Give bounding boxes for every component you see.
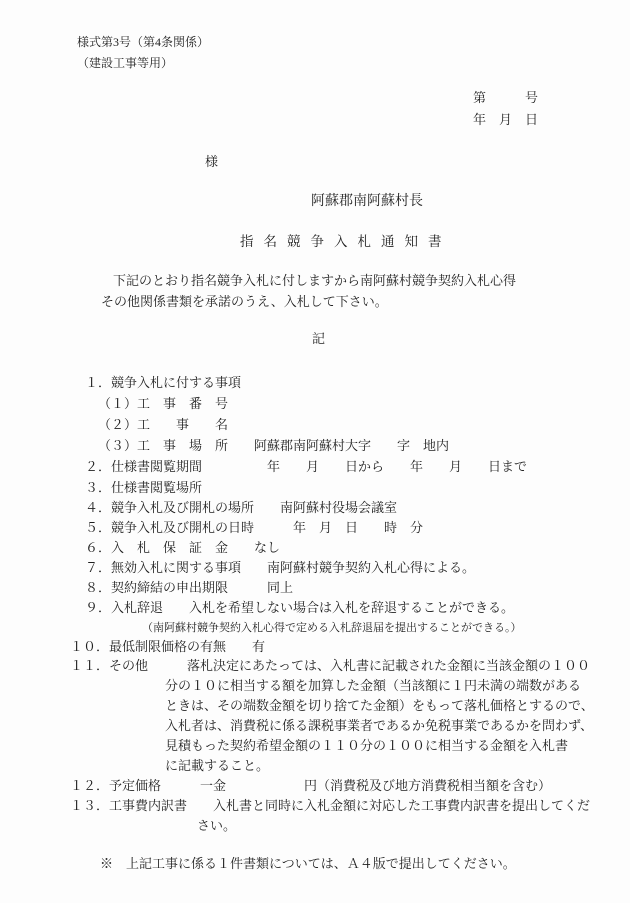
document-number-blank: 第 号 <box>473 91 538 106</box>
document-title: 指名競争入札通知書 <box>240 234 452 250</box>
item-1-bid-matters: １．競争入札に付する事項 <box>85 376 241 391</box>
item-5-bid-opening-datetime: ５．競争入札及び開札の日時 年 月 日 時 分 <box>85 521 423 536</box>
item-12-planned-price: １２．予定価格 一金 円（消費税及び地方消費税相当額を含む） <box>70 779 551 794</box>
item-11-other-line6: に記載すること。 <box>165 759 269 774</box>
item-11-other-line3: ときは、その端数金額を切り捨てた金額）をもって落札価格とするので、 <box>165 699 594 714</box>
item-1-3-work-location: （３）工 事 場 所 阿蘇郡南阿蘇村大字 字 地内 <box>98 439 449 454</box>
item-3-spec-viewing-place: ３．仕様書閲覧場所 <box>85 481 202 496</box>
intro-paragraph-line2: その他関係書類を承諾のうえ、入札して下さい。 <box>101 295 388 310</box>
item-1-2-work-name: （２）工 事 名 <box>98 418 228 433</box>
item-7-invalid-bid-rules: ７．無効入札に関する事項 南阿蘇村競争契約入札心得による。 <box>85 561 475 576</box>
item-11-other-line1: １１．その他 落札決定にあたっては、入札書に記載された金額に当該金額の１００ <box>70 659 590 674</box>
item-11-other-line2: 分の１０に相当する額を加算した金額（当該額に１円未満の端数がある <box>165 679 581 694</box>
item-2-spec-viewing-period: ２．仕様書閲覧期間 年 月 日から 年 月 日まで <box>85 460 527 475</box>
item-8-contract-deadline: ８．契約締結の申出期限 同上 <box>85 581 293 596</box>
a4-submission-footnote: ※ 上記工事に係る１件書類については、Ａ４版で提出してください。 <box>100 857 516 872</box>
item-13-cost-breakdown-line2: さい。 <box>197 819 236 834</box>
form-number-label: 様式第3号（第4条関係） <box>77 36 209 50</box>
item-1-1-work-number: （１）工 事 番 号 <box>98 397 228 412</box>
item-9-withdrawal-note: （南阿蘇村競争契約入札心得で定める入札辞退届を提出することができる。） <box>142 622 522 635</box>
intro-paragraph-line1: 下記のとおり指名競争入札に付しますから南阿蘇村競争契約入札心得 <box>113 274 516 289</box>
addressee-honorific: 様 <box>205 155 218 170</box>
item-4-bid-opening-place: ４．競争入札及び開札の場所 南阿蘇村役場会議室 <box>85 501 397 516</box>
item-10-minimum-price: １０．最低制限価格の有無 有 <box>70 640 265 655</box>
form-usage-label: （建設工事等用） <box>77 57 173 71</box>
document-date-blank: 年 月 日 <box>473 113 538 128</box>
notice-document-page: 様式第3号（第4条関係） （建設工事等用） 第 号 年 月 日 様 阿蘇郡南阿蘇… <box>0 0 630 903</box>
sender-name: 阿蘇郡南阿蘇村長 <box>311 194 423 210</box>
item-9-bid-withdrawal: ９．入札辞退 入札を希望しない場合は入札を辞退することができる。 <box>85 601 514 616</box>
item-6-bid-deposit: ６．入 札 保 証 金 なし <box>85 541 280 556</box>
item-13-cost-breakdown-line1: １３．工事費内訳書 入札書と同時に入札金額に対応した工事費内訳書を提出してくだ <box>70 799 590 814</box>
item-11-other-line4: 入札者は、消費税に係る課税事業者であるか免税事業であるかを問わず、 <box>165 719 593 734</box>
item-11-other-line5: 見積もった契約希望金額の１１０分の１００に相当する金額を入札書 <box>165 739 568 754</box>
record-heading: 記 <box>312 332 325 347</box>
